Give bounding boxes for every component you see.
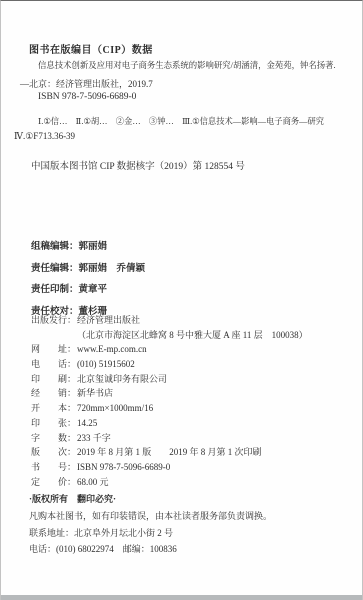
pub-row-word-count: 字 数：233 千字 — [31, 431, 308, 446]
pub-value: 233 千字 — [77, 433, 111, 443]
credit-label: 责任编辑： — [31, 264, 79, 274]
pub-label: 出版发行： — [31, 313, 77, 328]
credit-value: 郭丽娟 — [79, 242, 108, 252]
pub-label: 书 号： — [31, 460, 77, 475]
pub-row-publisher: 出版发行：经济管理出版社 — [31, 313, 308, 328]
credit-row-print-supervisor: 责任印制：黄章平 — [31, 280, 145, 302]
credit-label: 责任印制： — [31, 285, 79, 295]
pub-row-sheets: 印 张：14.25 — [31, 416, 308, 431]
pub-row-phone: 电 话：(010) 51915602 — [31, 357, 308, 372]
pub-value: 68.00 元 — [77, 477, 109, 487]
pub-value: 经济管理出版社 — [77, 315, 140, 325]
pub-label: 字 数： — [31, 431, 77, 446]
notice-contact-address-line: 联系地址：北京阜外月坛北小街 2 号 — [29, 525, 272, 542]
pub-value: ISBN 978-7-5096-6689-0 — [77, 462, 170, 472]
copyright-notice-title: ·版权所有 翻印必究· — [29, 491, 272, 508]
pub-row-publisher-address: （北京市海淀区北蜂窝 8 号中雅大厦 A 座 11 层 100038） — [31, 328, 308, 343]
pub-row-isbn: 书 号：ISBN 978-7-5096-6689-0 — [31, 460, 308, 475]
pub-label: 网 址： — [31, 342, 77, 357]
pub-value: （北京市海淀区北蜂窝 8 号中雅大厦 A 座 11 层 100038） — [77, 330, 308, 340]
credit-row-responsible-editor: 责任编辑：郭丽娟 乔倩颖 — [31, 259, 145, 281]
credit-row-acquisition-editor: 组稿编辑：郭丽娟 — [31, 237, 145, 259]
notice-exchange-line: 凡购本社图书，如有印装错误，由本社读者服务部负责调换。 — [29, 508, 272, 525]
pub-row-printer: 印 刷：北京玺诚印务有限公司 — [31, 372, 308, 387]
pub-value: 720mm×1000mm/16 — [77, 403, 153, 413]
credit-value: 黄章平 — [79, 285, 108, 295]
pub-label: 经 销： — [31, 386, 77, 401]
book-colophon-page: 图书在版编目（CIP）数据 信息技术创新及应用对电子商务生态系统的影响研究/胡涵… — [0, 0, 363, 600]
copyright-notice-block: ·版权所有 翻印必究· 凡购本社图书，如有印装错误，由本社读者服务部负责调换。 … — [29, 491, 272, 558]
page-bottom-edge — [1, 595, 362, 600]
cip-classification-code-line: Ⅳ.①F713.36-39 — [14, 131, 75, 142]
credit-value: 郭丽娟 乔倩颖 — [79, 264, 146, 274]
cip-isbn-line: ISBN 978-7-5096-6689-0 — [38, 92, 136, 102]
cip-title-author-line: 信息技术创新及应用对电子商务生态系统的影响研究/胡涵清，金苑苑，钟名扬著. — [38, 59, 336, 71]
pub-value: 2019 年 8 月第 1 版 2019 年 8 月第 1 次印刷 — [77, 447, 262, 457]
publishing-info-block: 出版发行：经济管理出版社 （北京市海淀区北蜂窝 8 号中雅大厦 A 座 11 层… — [31, 313, 308, 489]
pub-row-edition: 版 次：2019 年 8 月第 1 版 2019 年 8 月第 1 次印刷 — [31, 445, 308, 460]
pub-row-format: 开 本：720mm×1000mm/16 — [31, 401, 308, 416]
editorial-credits-block: 组稿编辑：郭丽娟 责任编辑：郭丽娟 乔倩颖 责任印制：黄章平 责任校对：董杉珊 — [31, 237, 145, 323]
cip-header: 图书在版编目（CIP）数据 — [29, 41, 153, 56]
pub-label: 版 次： — [31, 445, 77, 460]
credit-label: 组稿编辑： — [31, 242, 79, 252]
pub-label: 定 价： — [31, 475, 77, 490]
pub-label: 印 刷： — [31, 372, 77, 387]
pub-value: www.E-mp.com.cn — [77, 344, 147, 354]
pub-value: (010) 51915602 — [77, 359, 135, 369]
pub-value: 14.25 — [77, 418, 97, 428]
pub-row-price: 定 价：68.00 元 — [31, 475, 308, 490]
pub-row-distributor: 经 销：新华书店 — [31, 386, 308, 401]
cip-record-number-line: 中国版本图书馆 CIP 数据核字（2019）第 128554 号 — [31, 158, 245, 172]
pub-value: 新华书店 — [77, 388, 113, 398]
pub-value: 北京玺诚印务有限公司 — [77, 374, 167, 384]
pub-label: 印 张： — [31, 416, 77, 431]
pub-label: 开 本： — [31, 401, 77, 416]
cip-publisher-line: —北京：经济管理出版社，2019.7 — [20, 77, 153, 90]
cip-classification-line: Ⅰ.①信… Ⅱ.①胡… ②金… ③钟… Ⅲ.①信息技术—影响—电子商务—研究 — [38, 115, 324, 127]
pub-row-website: 网 址：www.E-mp.com.cn — [31, 342, 308, 357]
notice-phone-postcode-line: 电话：(010) 68022974 邮编：100836 — [29, 541, 272, 558]
pub-label: 电 话： — [31, 357, 77, 372]
